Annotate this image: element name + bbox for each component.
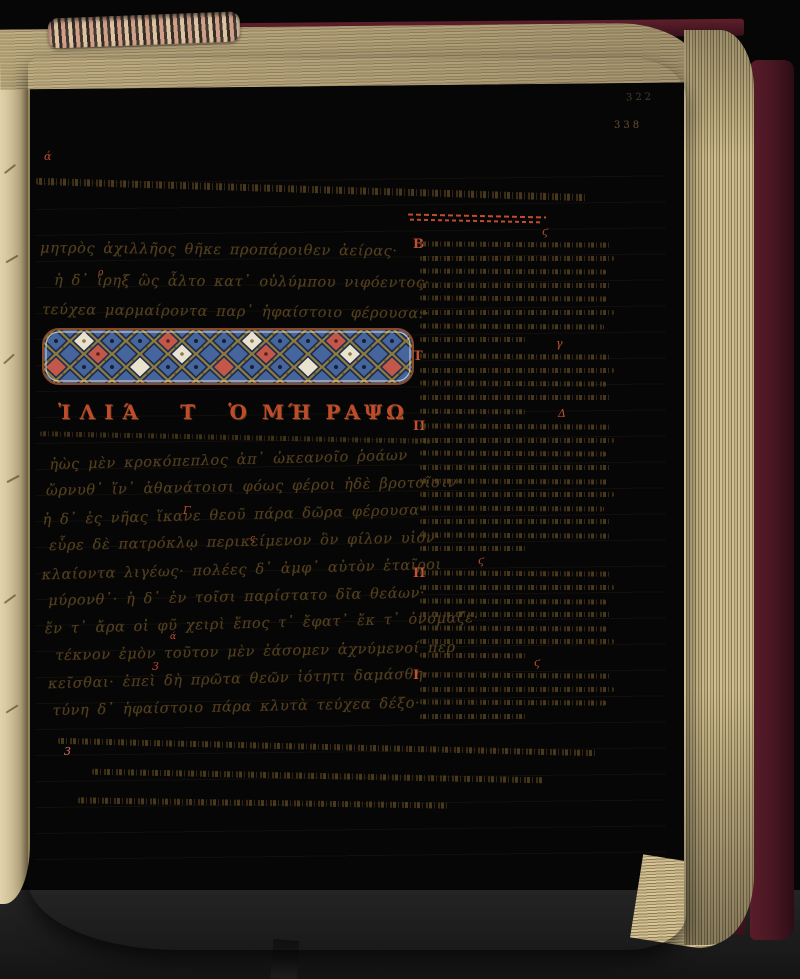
scholion-separator-mark: γ	[556, 337, 563, 350]
scholion-line	[420, 571, 610, 577]
scholion-line	[420, 451, 606, 457]
main-text-book19: ἠὼς μὲν κροκόπεπλος ἀπ᾽ ὠκεανοῖο ῥοάωνὤρ…	[39, 448, 453, 730]
scholion-line	[420, 532, 612, 538]
verso-text-trace	[4, 164, 16, 174]
scholion-block: ϛ Ι	[420, 671, 616, 719]
verso-text-trace	[6, 704, 19, 713]
scholion-line	[420, 672, 610, 678]
rubric-part-ilia: ἸΛΙΆ	[58, 400, 147, 424]
verso-text-trace	[3, 354, 15, 365]
scholion-line	[420, 283, 612, 288]
leather-cover-right	[750, 60, 794, 940]
verso-text-trace	[4, 594, 17, 604]
scholion-line	[420, 546, 526, 551]
scholion-line	[420, 310, 614, 315]
scholion-line	[420, 256, 614, 261]
verso-page-edge	[0, 58, 30, 904]
scholion-line	[420, 478, 608, 484]
main-text-line: ἡ δ᾽ ἴρηξ ὣς ἆλτο κατ᾽ οὐλύμπου νιφόεντο…	[54, 273, 430, 292]
scholion-line	[420, 381, 606, 387]
scholion-line	[420, 653, 526, 659]
scholion-line	[420, 639, 614, 644]
scholion-line	[420, 368, 614, 373]
scholion-line	[420, 354, 610, 360]
scholion-line	[420, 687, 614, 692]
scholion-lines	[420, 352, 616, 413]
rubric-part-tau: Τ̄	[180, 400, 195, 424]
scholion-lines	[420, 569, 616, 658]
scholion-line	[420, 424, 610, 430]
scholion-line	[420, 395, 612, 400]
scholion-line	[420, 625, 608, 631]
scholion-line	[420, 465, 612, 470]
marginal-mark: ά	[44, 150, 51, 163]
ornamental-headpiece-band	[42, 328, 414, 385]
recto-page: 322 338 ά μητρὸς ἀχιλλῆος θῆκε προπάροιθ…	[28, 58, 686, 950]
scholion-block: γ Τ	[420, 352, 616, 413]
main-text-line: μητρὸς ἀχιλλῆος θῆκε προπάροιθεν ἀείρας·	[40, 240, 398, 259]
scholion-line	[420, 714, 526, 719]
scholion-block: ϛ Β	[420, 240, 616, 342]
folio-number-ink: 338	[614, 120, 642, 131]
scholion-initial: Ι	[413, 668, 419, 683]
manuscript-photo: 322 338 ά μητρὸς ἀχιλλῆος θῆκε προπάροιθ…	[0, 0, 800, 979]
scholion-lines	[420, 671, 616, 719]
rubric-part-homer: Ὁ ΜΉ ΡΑΨΩ	[228, 400, 408, 424]
scholion-line	[420, 438, 614, 443]
scholion-line	[420, 519, 610, 524]
scholion-line	[420, 408, 526, 414]
verso-text-trace	[5, 255, 18, 264]
scholion-block: ϛ Π	[420, 569, 616, 658]
scholion-lines	[420, 422, 616, 551]
scholion-separator-mark: ϛ	[534, 656, 540, 669]
marginal-mark: ς	[250, 534, 255, 544]
band-pattern	[42, 328, 414, 385]
scholion-line	[420, 492, 614, 497]
scholion-line	[420, 598, 606, 604]
book-title-rubric: ἸΛΙΆ Τ̄ Ὁ ΜΉ ΡΑΨΩ	[58, 400, 408, 424]
folio-number-pencil: 322	[626, 92, 654, 104]
scholion-line	[420, 700, 606, 706]
marginal-mark: ά	[170, 632, 176, 642]
scholion-separator-mark: ϛ	[478, 554, 484, 567]
scholion-block: Δ Π	[420, 422, 616, 551]
scholion-line	[420, 241, 610, 247]
fore-edge-page-stack	[684, 30, 754, 945]
scholion-line	[420, 296, 608, 302]
marginal-mark: 3	[64, 745, 71, 758]
scholia-column: ϛ Β γ Τ Δ Π ϛ Π ϛ Ι	[420, 240, 616, 727]
scholion-separator-mark: ϛ	[542, 225, 548, 238]
marginal-mark: 3	[152, 660, 159, 673]
scholion-separator-mark: Δ	[558, 407, 566, 420]
verso-text-trace	[6, 475, 19, 483]
scholion-lines	[420, 240, 616, 342]
scholion-line	[420, 612, 612, 617]
scholion-line	[420, 337, 526, 342]
marginal-mark: Γ	[183, 504, 191, 517]
scholion-line	[420, 269, 606, 275]
scholion-line	[420, 585, 614, 590]
scholion-line	[420, 323, 604, 329]
scholion-line	[420, 505, 604, 511]
